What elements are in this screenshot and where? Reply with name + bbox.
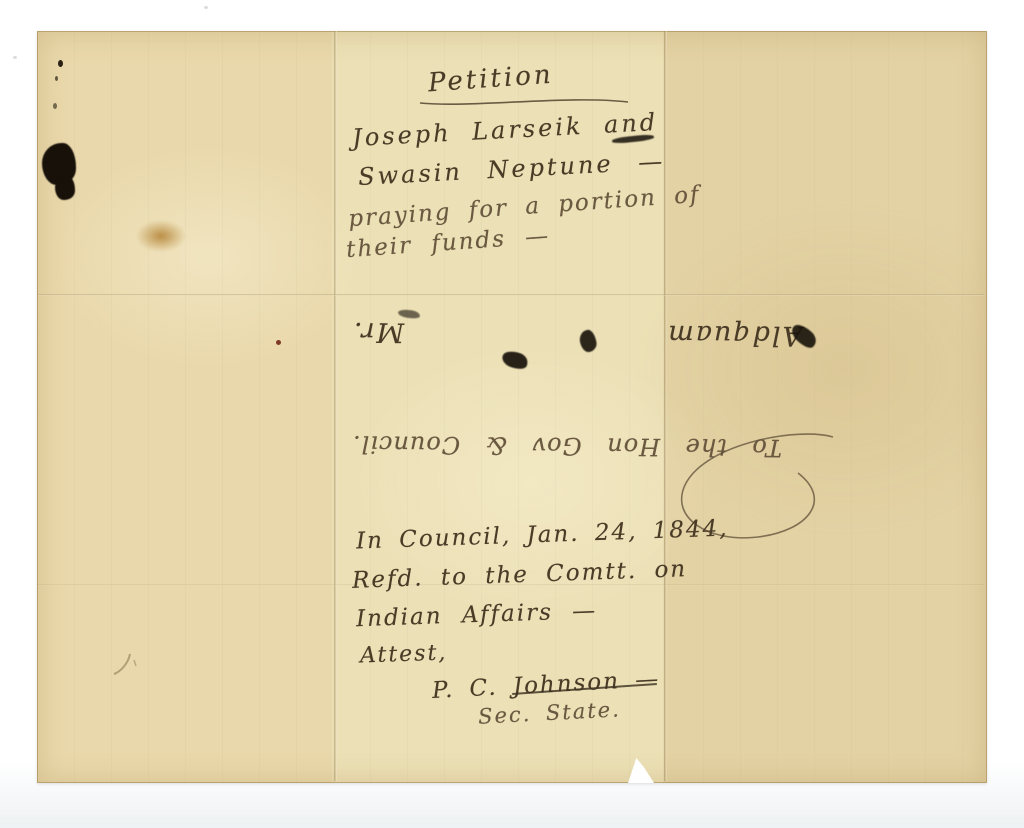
dust-speck	[13, 56, 17, 59]
red-ink-dot	[276, 340, 281, 345]
vertical-fold-crease-left	[334, 31, 337, 781]
dust-speck	[204, 6, 208, 9]
horizontal-fold-crease-upper	[38, 294, 984, 296]
scanned-document-page: Petition Joseph Larseik and Swasin Neptu…	[0, 0, 1024, 828]
ink-speck	[55, 76, 58, 81]
attest-label: Attest,	[360, 640, 448, 668]
stray-pen-mark	[112, 652, 138, 678]
heading-underline-flourish	[418, 94, 633, 110]
vertical-fold-crease-right	[664, 31, 667, 781]
ink-speck	[58, 60, 63, 67]
paper-sheet	[37, 31, 987, 783]
ink-speck	[53, 103, 57, 109]
ink-blot-tail	[55, 176, 75, 200]
inverted-line: Aldquam Mr.	[352, 316, 802, 351]
